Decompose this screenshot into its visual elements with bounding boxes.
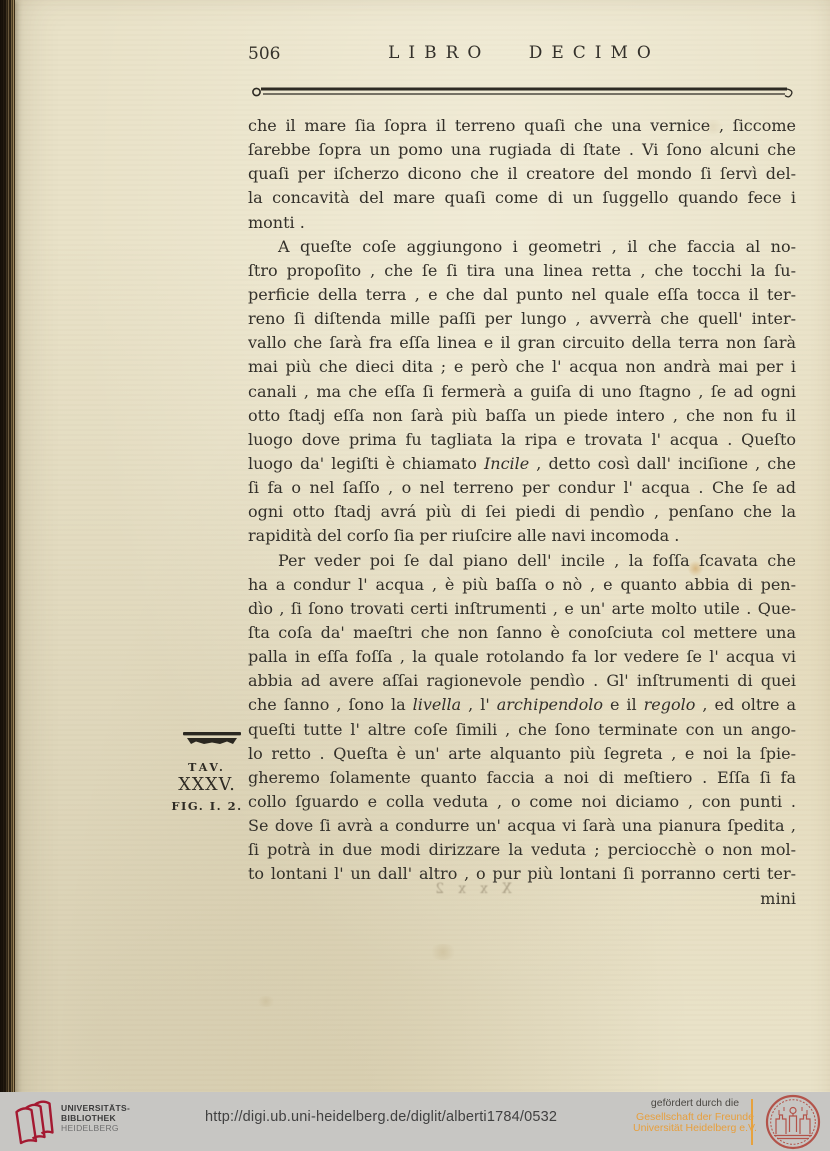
text-line: A queſte coſe aggiungono i geometri , il… bbox=[248, 235, 796, 259]
book-binding-edge bbox=[0, 0, 15, 1151]
text-line: ſi fa o nel ſaſſo , o nel terreno per co… bbox=[248, 476, 796, 500]
text-line: che ſanno , ſono la livella , l' archipe… bbox=[248, 693, 796, 717]
text-line: palla in eſſa foſſa , la quale rotolando… bbox=[248, 645, 796, 669]
university-seal bbox=[765, 1094, 821, 1150]
text-line: to lontani l' un dall' altro , o pur più… bbox=[248, 862, 796, 886]
margin-tav-label: TAV. bbox=[168, 761, 246, 774]
library-name-line2: BIBLIOTHEK bbox=[61, 1113, 130, 1123]
text-line: monti . bbox=[248, 211, 796, 235]
body-text: che il mare ſia ſopra il terreno quaſi c… bbox=[248, 114, 796, 911]
text-line: canali , ma che eſſa ſi fermerà a guiſa … bbox=[248, 380, 796, 404]
text-line: lo retto . Queſta è un' arte alquanto pi… bbox=[248, 742, 796, 766]
library-name-line1: UNIVERSITÄTS- bbox=[61, 1103, 130, 1113]
text-line: queſti tutte l' altre coſe ſimili , che … bbox=[248, 718, 796, 742]
funding-prefix: gefördert durch die bbox=[628, 1097, 762, 1109]
text-line: perficie della terra , e che dal punto n… bbox=[248, 283, 796, 307]
text-line: gheremo ſolamente quanto faccia a noi di… bbox=[248, 766, 796, 790]
text-line: ſtro propoſito , che ſe ſi tira una line… bbox=[248, 259, 796, 283]
library-books-icon bbox=[14, 1098, 58, 1146]
library-logo-text: UNIVERSITÄTS- BIBLIOTHEK HEIDELBERG bbox=[61, 1103, 130, 1133]
document-url: http://digi.ub.uni-heidelberg.de/diglit/… bbox=[205, 1109, 557, 1125]
text-line: Per veder poi ſe dal piano dell' incile … bbox=[248, 549, 796, 573]
text-line: otto ſtadj eſſa non ſarà più baſſa un pi… bbox=[248, 404, 796, 428]
text-line: collo ſguardo e colla veduta , o come no… bbox=[248, 790, 796, 814]
header-rule-ornament bbox=[250, 83, 798, 101]
text-line: mai più che dieci dita ; e però che l' a… bbox=[248, 355, 796, 379]
text-line: quaſi per iſcherzo dicono che il creator… bbox=[248, 162, 796, 186]
footer-divider bbox=[751, 1099, 753, 1145]
library-name-line3: HEIDELBERG bbox=[61, 1123, 130, 1133]
running-title: LIBRO DECIMO bbox=[250, 43, 798, 63]
text-line: la concavità del mare quaſi come di un ſ… bbox=[248, 186, 796, 210]
text-line: abbia ad avere aſſai ragionevole pendìo … bbox=[248, 669, 796, 693]
text-line: ſta coſa da' maeſtri che non ſanno è con… bbox=[248, 621, 796, 645]
text-line: ha a condur l' acqua , è più baſſa o nò … bbox=[248, 573, 796, 597]
margin-figure-ref: FIG. I. 2. bbox=[166, 799, 248, 813]
text-line: ogni otto ſtadj avrá più di ſei piedi di… bbox=[248, 500, 796, 524]
text-line: ſi potrà in due modi dirizzare la veduta… bbox=[248, 838, 796, 862]
signature-showthrough: X x x 2 bbox=[424, 881, 518, 897]
text-line: luogo da' legiſti è chiamato Incile , de… bbox=[248, 452, 796, 476]
funding-organization-line2: Universität Heidelberg e.V. bbox=[628, 1122, 762, 1134]
digitization-footer-bar: UNIVERSITÄTS- BIBLIOTHEK HEIDELBERG http… bbox=[0, 1092, 830, 1151]
text-line: dìo , ſi ſono trovati certi inſtrumenti … bbox=[248, 597, 796, 621]
text-line: che il mare ſia ſopra il terreno quaſi c… bbox=[248, 114, 796, 138]
text-line: luogo dove prima fu tagliata la ripa e t… bbox=[248, 428, 796, 452]
margin-ornament bbox=[183, 731, 241, 747]
text-line: rapidità del corſo ſia per riuſcire alle… bbox=[248, 524, 796, 548]
text-line: Se dove ſi avrà a condurre un' acqua vi … bbox=[248, 814, 796, 838]
text-line: reno ſi diſtenda mille paſſi per lungo ,… bbox=[248, 307, 796, 331]
text-line: ſarebbe ſopra un pomo una rugiada di ſta… bbox=[248, 138, 796, 162]
text-line: vallo che ſarà fra eſſa linea e il gran … bbox=[248, 331, 796, 355]
text-line: mini bbox=[248, 887, 796, 911]
margin-plate-number: XXXV. bbox=[168, 775, 246, 795]
